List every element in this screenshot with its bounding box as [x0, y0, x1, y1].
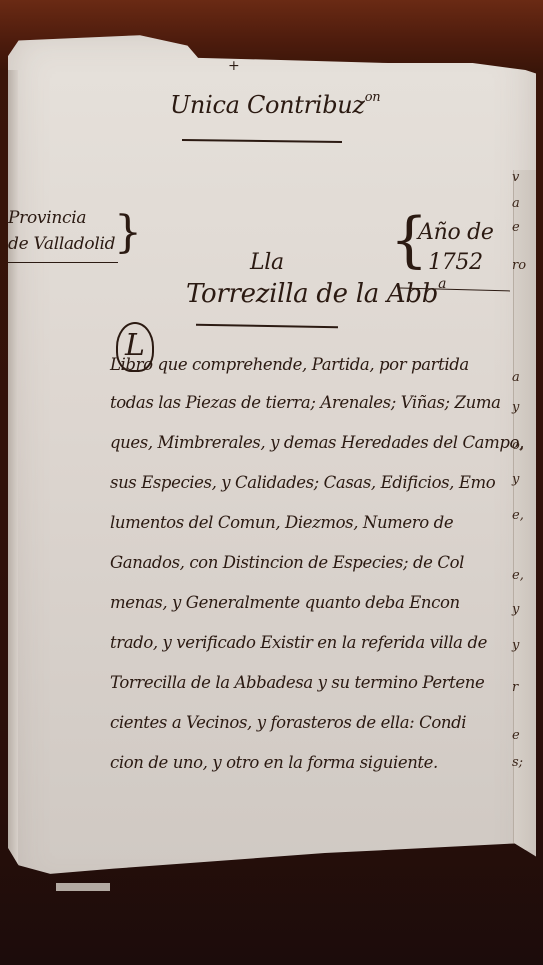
page-spine — [8, 70, 18, 890]
province-brace: } — [114, 207, 142, 258]
margin-fragment: e — [512, 220, 520, 235]
place-superscript: a — [438, 276, 446, 292]
margin-fragment: e, — [512, 508, 524, 523]
body-line: cion de uno, y otro en la forma siguient… — [110, 753, 438, 772]
body-line: Ganados, con Distincion de Especies; de … — [110, 553, 464, 572]
margin-fragment: v — [512, 170, 519, 185]
title-superscript: on — [365, 90, 381, 105]
body-line: sus Especies, y Calidades; Casas, Edific… — [110, 473, 495, 492]
place-line-1: Lla — [250, 250, 284, 275]
year-label: Año de — [418, 220, 494, 245]
margin-fragment: e — [512, 728, 520, 743]
title-text: Unica Contribuz — [170, 91, 365, 119]
body-line: trado, y verificado Existir en la referi… — [110, 633, 487, 652]
province-underline — [8, 262, 118, 263]
margin-fragment: y — [512, 602, 519, 617]
document-title: Unica Contribuzon — [170, 90, 380, 119]
margin-fragment: y — [512, 638, 519, 653]
margin-fragment: a — [512, 196, 520, 211]
margin-fragment: r — [512, 680, 518, 695]
year-value: 1752 — [428, 250, 483, 275]
body-line: todas las Piezas de tierra; Arenales; Vi… — [110, 393, 501, 412]
province-note: Provincia de Valladolid — [8, 205, 115, 257]
body-line: menas, y Generalmente quanto deba Encon — [110, 593, 460, 612]
margin-fragment: ro — [512, 258, 526, 273]
margin-fragment: e, — [512, 568, 524, 583]
margin-fragment: a — [512, 370, 520, 385]
cross-mark: + — [228, 58, 239, 74]
place-name: Torrezilla de la Abb — [186, 279, 438, 309]
body-line: ques, Mimbrerales, y demas Heredades del… — [110, 433, 524, 452]
body-line: lumentos del Comun, Diezmos, Numero de — [110, 513, 453, 532]
province-line-1: Provincia — [8, 205, 115, 231]
margin-fragment: y — [512, 400, 519, 415]
margin-fragment: o, — [512, 438, 524, 453]
body-line: Torrecilla de la Abbadesa y su termino P… — [110, 673, 484, 692]
margin-fragment: y — [512, 472, 519, 487]
body-line: Libro que comprehende, Partida, por part… — [110, 355, 469, 374]
province-line-2: de Valladolid — [8, 231, 115, 257]
binding-tab — [56, 883, 110, 891]
body-line: cientes a Vecinos, y forasteros de ella:… — [110, 713, 466, 732]
margin-fragment: s; — [512, 755, 523, 770]
place-line-2: Torrezilla de la Abba — [186, 276, 446, 309]
